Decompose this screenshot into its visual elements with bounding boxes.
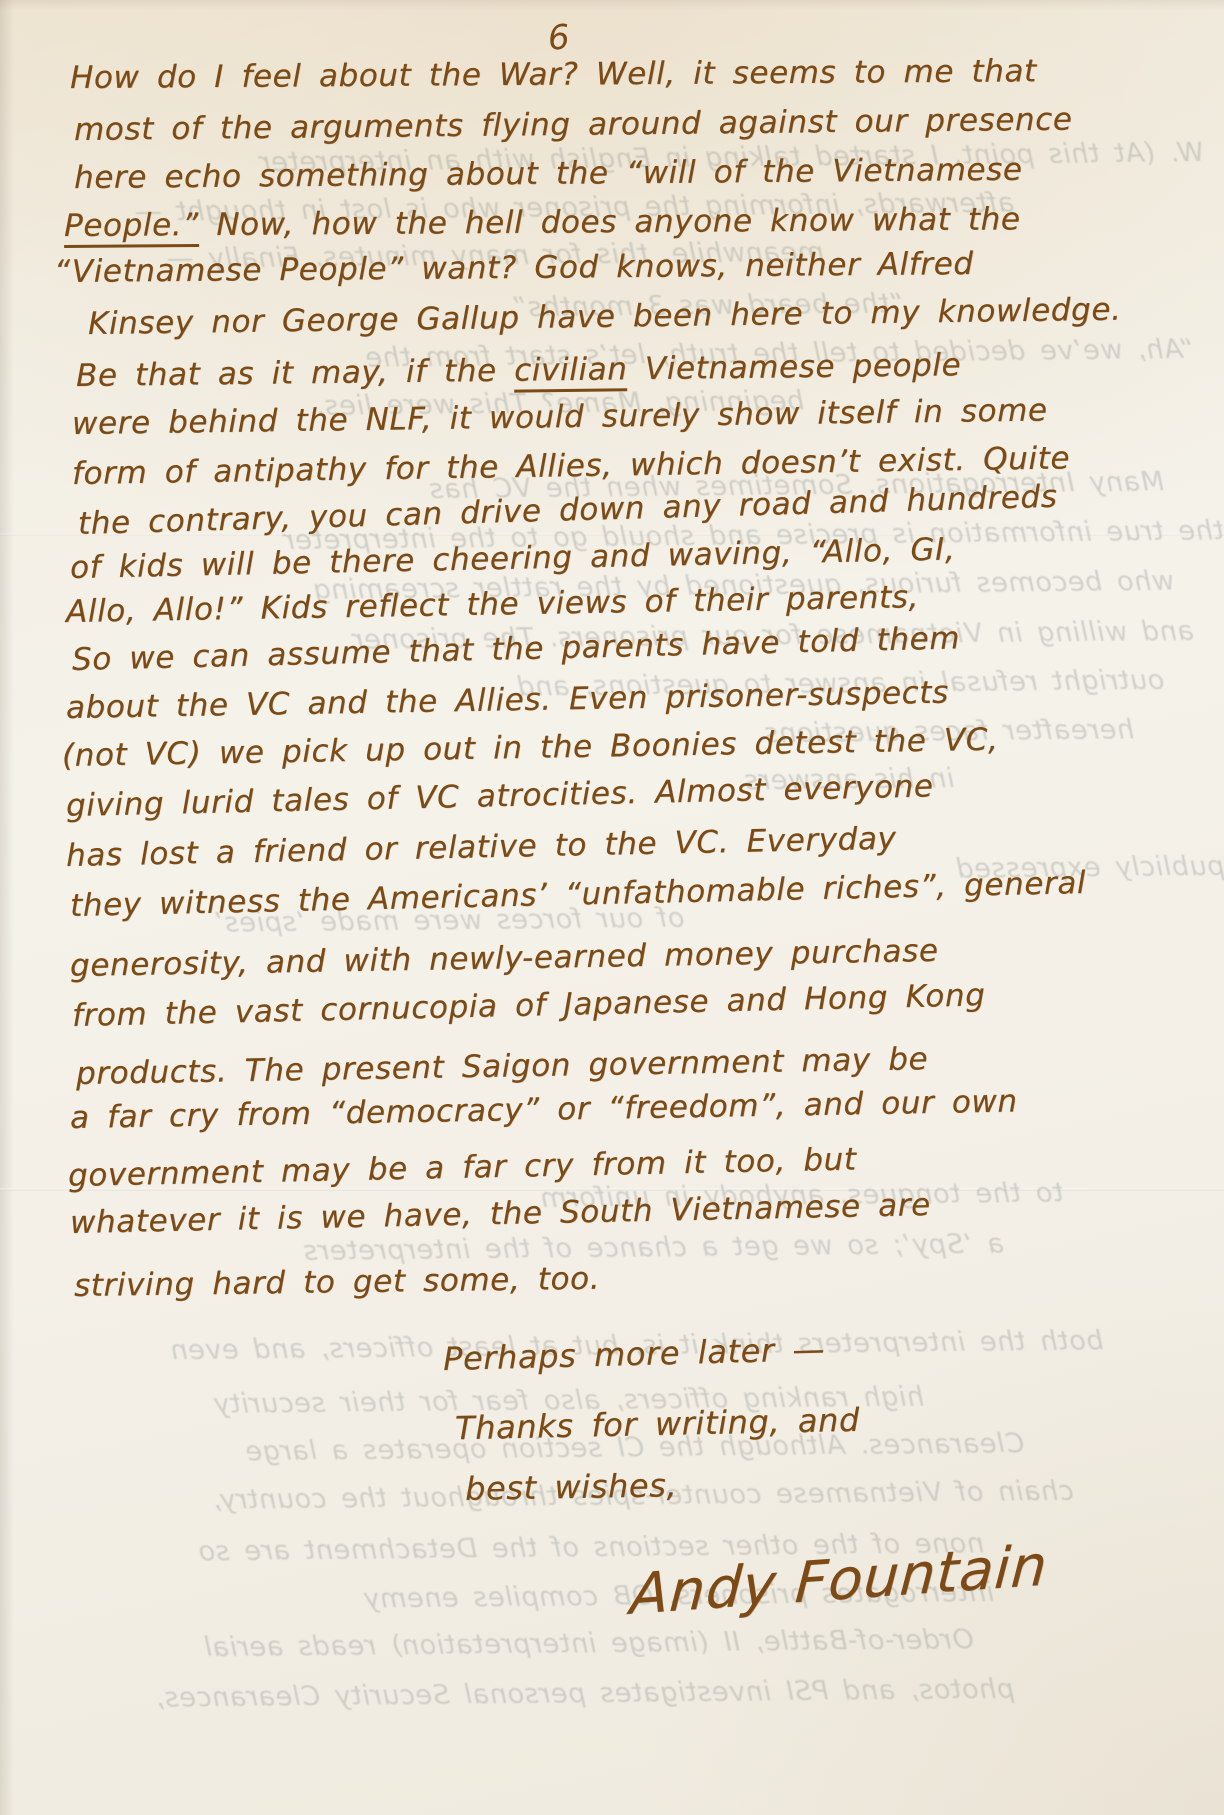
body-line: a far cry from “democracy” or “freedom”,… (70, 1083, 1018, 1136)
closing-line-3: best wishes, (465, 1466, 678, 1508)
body-line: from the vast cornucopia of Japanese and… (72, 977, 986, 1034)
body-line: Be that as it may, if the civilian Vietn… (76, 347, 962, 394)
body-line: they witness the Americans’ “unfathomabl… (70, 865, 1087, 924)
body-line: most of the arguments flying around agai… (74, 102, 1073, 148)
body-line: striving hard to get some, too. (74, 1261, 601, 1304)
body-line: People.” Now, how the hell does anyone k… (64, 201, 1021, 244)
body-line: about the VC and the Allies. Even prison… (66, 675, 949, 726)
body-line: here echo something about the “will of t… (74, 152, 1023, 196)
body-line: whatever it is we have, the South Vietna… (70, 1187, 931, 1241)
body-line: So we can assume that the parents have t… (72, 620, 961, 678)
underlined-word: civilian (514, 351, 628, 392)
letter-page: W. (At this point, I started talking in … (0, 0, 1224, 1815)
body-line: of kids will be there cheering and wavin… (70, 531, 956, 586)
body-line: Allo, Allo!” Kids reflect the views of t… (66, 579, 919, 630)
body-line: giving lurid tales of VC atrocities. Alm… (66, 768, 934, 824)
underlined-word: People.” (64, 207, 199, 248)
body-line: products. The present Saigon government … (76, 1041, 929, 1092)
body-line: How do I feel about the War? Well, it se… (70, 53, 1037, 96)
body-line: generosity, and with newly-earned money … (70, 933, 939, 984)
body-line: has lost a friend or relative to the VC.… (66, 821, 897, 874)
body-line: government may be a far cry from it too,… (68, 1141, 857, 1194)
body-line: “Vietnamese People” want? God knows, nei… (54, 246, 974, 290)
body-line: (not VC) we pick up out in the Boonies d… (62, 722, 999, 774)
body-line: were behind the NLF, it would surely sho… (72, 392, 1048, 442)
body-line: Kinsey nor George Gallup have been here … (88, 292, 1122, 342)
